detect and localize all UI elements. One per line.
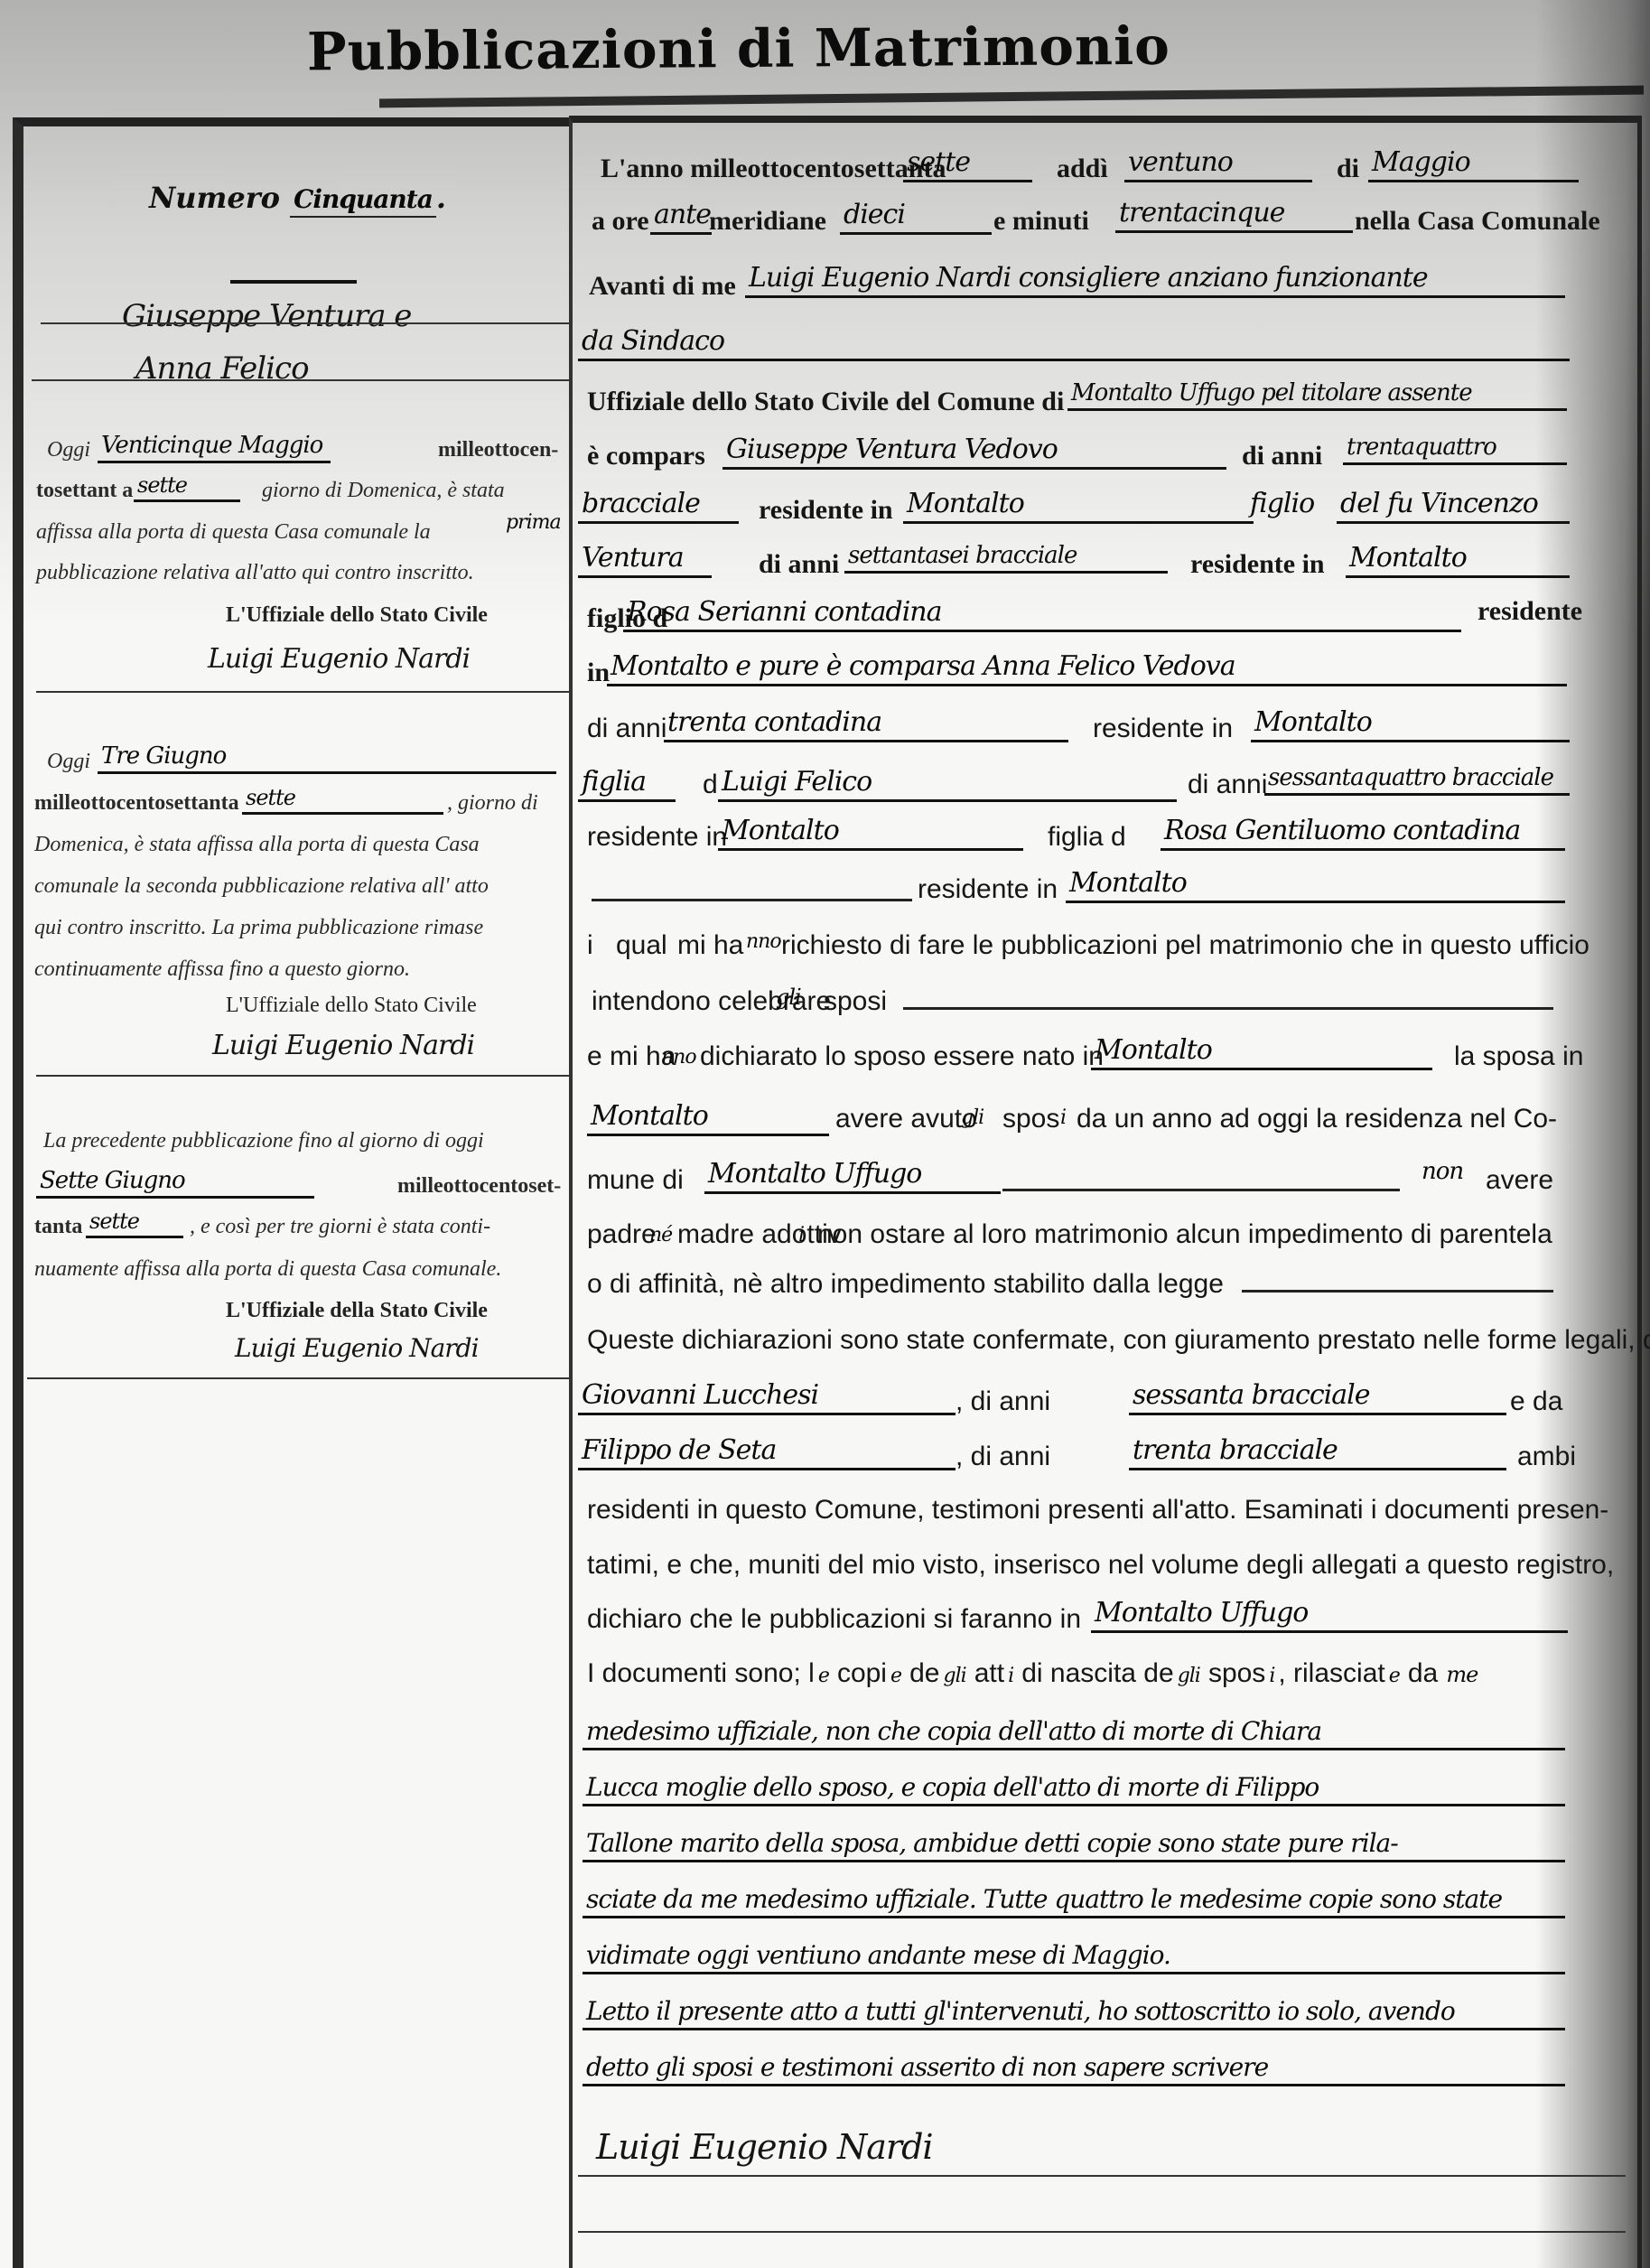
act-l28-f7: e — [1385, 1665, 1403, 1689]
act-l16-blank — [903, 1007, 1553, 1010]
act-l28-f2: e — [887, 1665, 905, 1689]
signature-rule — [578, 2175, 1626, 2177]
act-l8-a: di anni — [759, 549, 839, 580]
act-groom-father: del fu Vincenzo — [1337, 488, 1570, 524]
act-l2-b: meridiane — [709, 206, 826, 237]
act-l26-a: tatimi, e che, muniti del mio visto, ins… — [587, 1550, 1614, 1581]
act-l28-f6: i — [1265, 1665, 1278, 1689]
act-l2-d: nella Casa Comunale — [1355, 206, 1600, 237]
numero-flourish — [230, 280, 357, 284]
act-bride-kin: figlia — [578, 766, 676, 802]
act-documents-line: I documenti sono; le copie degli atti di… — [587, 1658, 1481, 1689]
numero-label: Numero — [149, 181, 280, 215]
spouses-names-line2: Anna Felico — [135, 350, 309, 387]
act-l24-a: , di anni — [956, 1442, 1050, 1472]
second-pub-official-label: L'Uffiziale dello Stato Civile — [226, 994, 477, 1018]
act-bride-mother: Rosa Gentiluomo contadina — [1161, 815, 1565, 851]
act-year: sette — [903, 146, 1032, 182]
act-l24-b: ambi — [1517, 1442, 1576, 1472]
act-l15-b: qual — [616, 930, 667, 961]
act-groom-name: Giuseppe Ventura Vedovo — [722, 434, 1226, 470]
bottom-rule — [578, 2231, 1626, 2233]
act-l3-a: Avanti di me — [589, 271, 736, 302]
act-groom-father-age: settantasei bracciale — [844, 542, 1168, 574]
act-publication-place: Montalto Uffugo — [1091, 1597, 1568, 1633]
final-note-text-b: milleottocentoset- — [397, 1174, 561, 1199]
act-groom-father-residence: Montalto — [1346, 542, 1570, 578]
act-l14-a: residente in — [918, 874, 1058, 905]
act-l18-a: avere avuto — [835, 1104, 977, 1134]
final-note-signature: Luigi Eugenio Nardi — [235, 1333, 479, 1363]
act-l16-b: sposi — [824, 986, 887, 1017]
act-officer-cont: da Sindaco — [578, 325, 1570, 361]
act-l28-f1: e — [815, 1665, 833, 1689]
act-l28-a: I documenti sono; l — [587, 1658, 815, 1688]
act-l28-d: att — [974, 1658, 1004, 1688]
second-pub-rule — [36, 1075, 569, 1077]
act-l28-b: copi — [837, 1658, 887, 1688]
spouses-names-line1: Giuseppe Ventura e — [122, 298, 411, 334]
act-officer-signature: Luigi Eugenio Nardi — [596, 2127, 933, 2167]
act-bride-father-residence: Montalto — [718, 815, 1023, 851]
act-l20-fill: né — [646, 1224, 676, 1248]
act-l21-a: o di affinità, nè altro impedimento stab… — [587, 1269, 1224, 1300]
record-number: Numero Cinquanta. — [149, 181, 446, 215]
act-l20-c: non ostare al loro matrimonio alcun impe… — [817, 1219, 1552, 1250]
first-pub-rule — [36, 691, 569, 693]
act-bride-mother-residence: Montalto — [1066, 867, 1565, 903]
first-pub-text-c: giorno di Domenica, è stata — [262, 479, 505, 503]
act-l12-a: d — [703, 770, 718, 800]
final-note-date: Sette Giugno — [36, 1167, 314, 1199]
act-l28-c: de — [909, 1658, 939, 1688]
first-pub-text-d: affissa alla porta di questa Casa comuna… — [36, 520, 431, 545]
act-l19-b: avere — [1486, 1165, 1553, 1196]
act-l8-b: residente in — [1190, 549, 1325, 580]
act-l7-a: residente in — [759, 495, 893, 526]
act-l28-f3: gli — [939, 1665, 969, 1689]
act-l15-e: richiesto di fare le pubblicazioni pel m… — [781, 930, 1589, 961]
act-l5-a: Uffiziale dello Stato Civile del Comune … — [587, 387, 1064, 417]
second-pub-text-d: comunale la seconda pubblicazione relati… — [34, 874, 489, 899]
act-l19-fill: non — [1418, 1158, 1467, 1187]
handwritten-line: detto gli sposi e testimoni asserito di … — [583, 2052, 1565, 2086]
act-l28-f8: me — [1442, 1662, 1481, 1689]
act-l2-c: e minuti — [993, 206, 1089, 237]
second-pub-text-b: , giorno di — [447, 791, 538, 816]
act-l16-fill: gli — [772, 985, 805, 1012]
act-l15-c: mi ha — [677, 930, 743, 961]
act-l13-a: residente in — [587, 822, 727, 853]
act-groom-residence: Montalto — [903, 488, 1254, 524]
act-l12-b: di anni — [1188, 770, 1267, 800]
act-month: Maggio — [1368, 146, 1579, 182]
names-rule-1 — [41, 322, 569, 324]
act-groom-mother: Rosa Serianni contadina — [623, 596, 1461, 632]
first-pub-year: sette — [134, 472, 240, 502]
act-l11-b: residente in — [1093, 714, 1233, 744]
act-l23-b: e da — [1510, 1386, 1562, 1417]
act-l1-a: L'anno milleottocentosettanta — [601, 154, 946, 184]
act-l14-blank — [592, 899, 912, 901]
first-pub-text-e: pubblicazione relativa all'atto qui cont… — [36, 561, 474, 585]
handwritten-line: Lucca moglie dello sposo, e copia dell'a… — [583, 1772, 1565, 1806]
act-l17-b: dichiarato lo sposo essere nato in — [700, 1041, 1104, 1072]
act-l28-e: di nascita de — [1021, 1658, 1173, 1688]
act-l18-b: spos — [1002, 1104, 1059, 1134]
first-pub-text-a: milleottocen- — [438, 438, 558, 462]
second-pub-text-f: continuamente affissa fino a questo gior… — [34, 957, 410, 982]
act-l2-a: a ore — [592, 206, 649, 237]
act-l27-a: dichiaro che le pubblicazioni si faranno… — [587, 1604, 1081, 1635]
second-pub-oggi: Oggi — [47, 750, 90, 774]
second-pub-signature: Luigi Eugenio Nardi — [212, 1030, 474, 1061]
act-l23-a: , di anni — [956, 1386, 1050, 1417]
handwritten-line: vidimate oggi ventiuno andante mese di M… — [583, 1940, 1565, 1974]
final-note-text-c: tanta — [34, 1215, 82, 1239]
act-witness2-name: Filippo de Seta — [578, 1434, 956, 1470]
act-bride-father: Luigi Felico — [718, 766, 1177, 802]
act-l15-d: nno — [742, 930, 785, 955]
act-l18-fill2: i — [1057, 1106, 1069, 1131]
act-l28-i: da — [1408, 1658, 1438, 1688]
act-officer: Luigi Eugenio Nardi consigliere anziano … — [745, 262, 1565, 298]
act-l1-b: addì — [1057, 154, 1108, 184]
first-pub-date: Venticinque Maggio — [98, 432, 331, 463]
final-note-text-e: nuamente affissa alla porta di questa Ca… — [34, 1257, 501, 1282]
handwritten-line: Letto il presente atto a tutti gl'interv… — [583, 1996, 1565, 2030]
act-l20-fill2: i — [795, 1224, 807, 1248]
second-pub-year: sette — [242, 785, 443, 815]
act-l28-g: spos — [1208, 1658, 1265, 1688]
first-pub-oggi: Oggi — [47, 438, 90, 462]
act-l22-a: Queste dichiarazioni sono state conferma… — [587, 1325, 1650, 1356]
act-l13-b: figlia d — [1048, 822, 1126, 853]
handwritten-line: sciate da me medesimo uffiziale. Tutte q… — [583, 1884, 1565, 1918]
act-l28-f5: gli — [1174, 1665, 1204, 1689]
act-minutes: trentacinque — [1115, 197, 1353, 233]
act-ampm: ante — [650, 199, 712, 235]
handwritten-line: Tallone marito della sposa, ambidue dett… — [583, 1828, 1565, 1862]
final-note-year: sette — [86, 1209, 183, 1238]
act-l19-a: mune di — [587, 1165, 684, 1196]
title-rule — [379, 86, 1644, 108]
act-l17-fill: nno — [657, 1046, 700, 1070]
act-l10-fill: Montalto e pure è comparsa Anna Felico V… — [607, 650, 1567, 686]
first-pub-text-b: tosettant a — [36, 479, 133, 503]
act-l28-h: , rilasciat — [1278, 1658, 1384, 1688]
act-l9-b: residente — [1478, 596, 1582, 627]
act-groom-birthplace: Montalto — [1091, 1034, 1432, 1070]
act-l6-a: è compars — [587, 441, 705, 471]
document-title: Pubblicazioni di Matrimonio — [307, 15, 1170, 83]
act-l17-c: la sposa in — [1454, 1041, 1583, 1072]
act-l11-a: di anni — [587, 714, 667, 744]
act-bride-birthplace: Montalto — [587, 1100, 829, 1136]
act-l19-blank — [1002, 1189, 1400, 1191]
first-pub-ordinal: prima — [502, 511, 564, 536]
names-rule-2 — [32, 379, 569, 381]
act-day: ventuno — [1124, 146, 1312, 182]
act-witness1-age: sessanta bracciale — [1129, 1379, 1506, 1415]
second-pub-text-e: qui contro inscritto. La prima pubblicaz… — [34, 916, 483, 940]
first-pub-official-label: L'Uffiziale dello Stato Civile — [226, 603, 488, 628]
act-groom-age: trentaquattro — [1343, 434, 1567, 465]
act-bride-father-age: sessantaquattro bracciale — [1264, 764, 1570, 796]
final-note-official-label: L'Uffiziale della Stato Civile — [226, 1299, 488, 1323]
act-l25-a: residenti in questo Comune, testimoni pr… — [587, 1495, 1608, 1526]
second-pub-text-a: milleottocentosettanta — [34, 791, 239, 816]
act-l7-b: figlio — [1246, 488, 1318, 521]
act-l21-blank — [1242, 1290, 1553, 1293]
act-l28-f4: i — [1004, 1665, 1017, 1689]
act-groom-occupation: bracciale — [578, 488, 739, 524]
first-pub-signature: Luigi Eugenio Nardi — [208, 643, 470, 675]
act-hour: dieci — [840, 199, 992, 235]
act-l18-c: da un anno ad oggi la residenza nel Co- — [1077, 1104, 1557, 1134]
act-l1-c: di — [1337, 154, 1359, 184]
numero-value: Cinquanta — [290, 184, 436, 218]
act-groom-father-surname: Ventura — [578, 542, 712, 578]
second-pub-text-c: Domenica, è stata affissa alla porta di … — [34, 833, 480, 857]
act-witness1-name: Giovanni Lucchesi — [578, 1379, 956, 1415]
act-residence-comune: Montalto Uffugo — [704, 1158, 1001, 1194]
act-l18-fill: gli — [957, 1106, 987, 1131]
act-witness2-age: trenta bracciale — [1129, 1434, 1506, 1470]
act-l15-a: i — [587, 930, 593, 961]
second-pub-date: Tre Giugno — [98, 742, 556, 774]
act-bride-residence: Montalto — [1251, 706, 1570, 742]
act-bride-age: trenta contadina — [664, 706, 1068, 742]
final-note-text-a: La precedente pubblicazione fino al gior… — [43, 1129, 484, 1153]
final-note-text-d: , e così per tre giorni è stata conti- — [190, 1215, 490, 1239]
handwritten-line: medesimo uffiziale, non che copia dell'a… — [583, 1716, 1565, 1750]
final-note-rule — [27, 1377, 569, 1379]
act-comune: Montalto Uffugo pel titolare assente — [1067, 379, 1567, 411]
act-l6-b: di anni — [1242, 441, 1322, 471]
